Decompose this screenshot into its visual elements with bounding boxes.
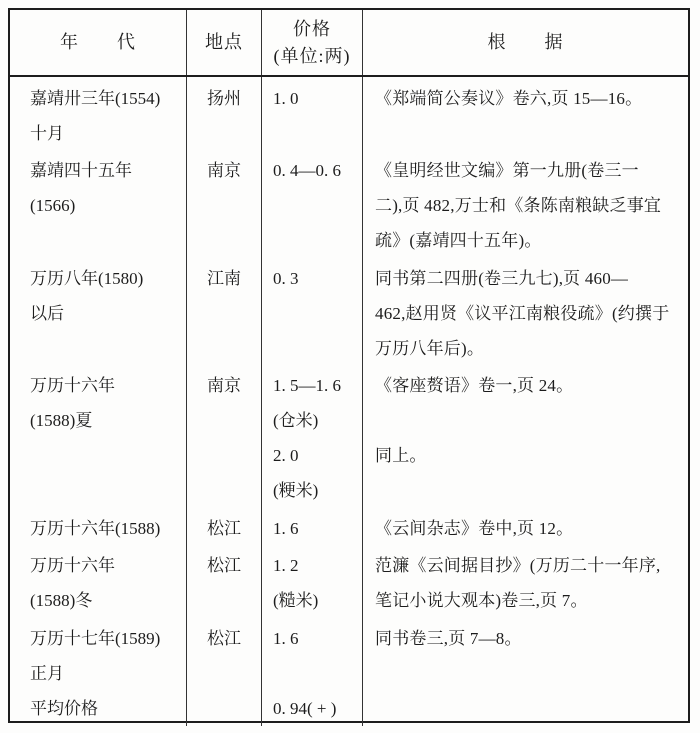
era-cell: 平均价格 <box>10 691 187 726</box>
place-text: 南京 <box>187 153 261 188</box>
source-cell: 同书卷三,页 7—8。 <box>363 618 688 691</box>
price-cell: 1. 2 (糙米) <box>262 546 363 618</box>
price-text: 1. 0 <box>273 81 362 116</box>
source-cell <box>363 691 688 726</box>
price-text: 0. 94( + ) <box>273 691 362 726</box>
source-cell: 《皇明经世文编》第一九册(卷三一 二),页 482,万士和《条陈南粮缺乏事宜 疏… <box>363 151 688 258</box>
era-cell: 万历八年(1580) 以后 <box>10 258 187 366</box>
era-cell: 万历十六年 (1588)冬 <box>10 546 187 618</box>
price-cell: 1. 0 <box>262 77 363 151</box>
era-text: (1588)夏 <box>30 403 186 438</box>
era-cell: 万历十七年(1589) 正月 <box>10 618 187 691</box>
source-text: 同上。 <box>375 438 688 473</box>
source-cell: 《云间杂志》卷中,页 12。 <box>363 508 688 546</box>
header-source-cell: 根 据 <box>363 10 688 75</box>
place-cell: 南京 <box>187 366 262 508</box>
source-cell: 《郑端简公奏议》卷六,页 15—16。 <box>363 77 688 151</box>
era-text: 以后 <box>30 296 186 331</box>
table-row: 嘉靖卅三年(1554) 十月 扬州 1. 0 《郑端简公奏议》卷六,页 15—1… <box>10 77 688 151</box>
price-cell: 0. 94( + ) <box>262 691 363 726</box>
place-cell: 南京 <box>187 151 262 258</box>
era-text: 万历十六年 <box>30 548 186 583</box>
source-text: 《郑端简公奏议》卷六,页 15—16。 <box>375 81 688 116</box>
source-cell: 同书第二四册(卷三九七),页 460— 462,赵用贤《议平江南粮役疏》(约撰于… <box>363 258 688 366</box>
price-text: 2. 0 <box>273 438 362 473</box>
era-text: 平均价格 <box>30 691 186 726</box>
table-row: 万历十六年 (1588)夏 南京 1. 5—1. 6 (仓米) 2. 0 (粳米… <box>10 366 688 508</box>
price-text: 0. 3 <box>273 261 362 296</box>
era-text: 万历八年(1580) <box>30 261 186 296</box>
price-text: 0. 4—0. 6 <box>273 153 362 188</box>
source-cell: 范濂《云间据目抄》(万历二十一年序, 笔记小说大观本)卷三,页 7。 <box>363 546 688 618</box>
header-place-label: 地点 <box>205 29 243 56</box>
era-text: 十月 <box>30 116 186 151</box>
place-cell: 松江 <box>187 546 262 618</box>
era-cell: 万历十六年 (1588)夏 <box>10 366 187 508</box>
price-cell: 1. 6 <box>262 618 363 691</box>
source-text: 同书第二四册(卷三九七),页 460— <box>375 261 688 296</box>
place-text: 扬州 <box>187 81 261 116</box>
era-text: 万历十六年 <box>30 368 186 403</box>
era-text: 正月 <box>30 656 186 691</box>
price-grade-text: (糙米) <box>273 583 362 618</box>
place-cell <box>187 691 262 726</box>
table-row: 万历十七年(1589) 正月 松江 1. 6 同书卷三,页 7—8。 <box>10 618 688 691</box>
price-text: 1. 6 <box>273 511 362 546</box>
source-text: 疏》(嘉靖四十五年)。 <box>375 223 688 258</box>
place-cell: 江南 <box>187 258 262 366</box>
place-cell: 松江 <box>187 508 262 546</box>
place-text: 江南 <box>187 261 261 296</box>
header-price-cell: 价格 (单位:两) <box>262 10 363 75</box>
source-cell: 《客座赘语》卷一,页 24。 同上。 <box>363 366 688 508</box>
source-text: 同书卷三,页 7—8。 <box>375 621 688 656</box>
source-text: 范濂《云间据目抄》(万历二十一年序, <box>375 548 688 583</box>
price-cell: 0. 3 <box>262 258 363 366</box>
source-text: 《云间杂志》卷中,页 12。 <box>375 511 688 546</box>
price-text: 1. 5—1. 6 <box>273 368 362 403</box>
price-grade-text: (粳米) <box>273 473 362 508</box>
header-price-label: 价格 <box>293 16 331 43</box>
era-text: 嘉靖四十五年 <box>30 153 186 188</box>
era-cell: 嘉靖四十五年 (1566) <box>10 151 187 258</box>
price-cell: 1. 5—1. 6 (仓米) 2. 0 (粳米) <box>262 366 363 508</box>
scanned-book-page: 年 代 地点 价格 (单位:两) 根 据 嘉靖卅三年(1554) 十月 扬州 <box>0 0 700 733</box>
era-cell: 嘉靖卅三年(1554) 十月 <box>10 77 187 151</box>
rice-price-table: 年 代 地点 价格 (单位:两) 根 据 嘉靖卅三年(1554) 十月 扬州 <box>8 8 690 723</box>
source-text: 笔记小说大观本)卷三,页 7。 <box>375 583 688 618</box>
table-row-average: 平均价格 0. 94( + ) <box>10 691 688 726</box>
price-grade-text: (仓米) <box>273 403 362 438</box>
source-text: 《客座赘语》卷一,页 24。 <box>375 368 688 403</box>
era-text: (1566) <box>30 188 186 223</box>
table-row: 万历十六年(1588) 松江 1. 6 《云间杂志》卷中,页 12。 <box>10 508 688 546</box>
era-text: 万历十七年(1589) <box>30 621 186 656</box>
header-price-unit-label: (单位:两) <box>274 43 351 70</box>
table-row: 万历八年(1580) 以后 江南 0. 3 同书第二四册(卷三九七),页 460… <box>10 258 688 366</box>
place-text: 松江 <box>187 621 261 656</box>
era-cell: 万历十六年(1588) <box>10 508 187 546</box>
era-text: (1588)冬 <box>30 583 186 618</box>
place-text: 松江 <box>187 548 261 583</box>
place-text: 南京 <box>187 368 261 403</box>
table-row: 万历十六年 (1588)冬 松江 1. 2 (糙米) 范濂《云间据目抄》(万历二… <box>10 546 688 618</box>
table-header-row: 年 代 地点 价格 (单位:两) 根 据 <box>10 10 688 77</box>
source-text: 二),页 482,万士和《条陈南粮缺乏事宜 <box>375 188 688 223</box>
price-text: 1. 6 <box>273 621 362 656</box>
place-cell: 松江 <box>187 618 262 691</box>
era-text: 万历十六年(1588) <box>30 511 186 546</box>
price-text: 1. 2 <box>273 548 362 583</box>
place-cell: 扬州 <box>187 77 262 151</box>
source-text: 《皇明经世文编》第一九册(卷三一 <box>375 153 688 188</box>
header-place-cell: 地点 <box>187 10 262 75</box>
header-source-label: 根 据 <box>488 29 564 56</box>
price-cell: 0. 4—0. 6 <box>262 151 363 258</box>
era-text: 嘉靖卅三年(1554) <box>30 81 186 116</box>
source-text: 万历八年后)。 <box>375 331 688 366</box>
header-era-label: 年 代 <box>60 29 136 56</box>
header-era-cell: 年 代 <box>10 10 187 75</box>
table-row: 嘉靖四十五年 (1566) 南京 0. 4—0. 6 《皇明经世文编》第一九册(… <box>10 151 688 258</box>
place-text: 松江 <box>187 511 261 546</box>
source-text: 462,赵用贤《议平江南粮役疏》(约撰于 <box>375 296 688 331</box>
price-cell: 1. 6 <box>262 508 363 546</box>
